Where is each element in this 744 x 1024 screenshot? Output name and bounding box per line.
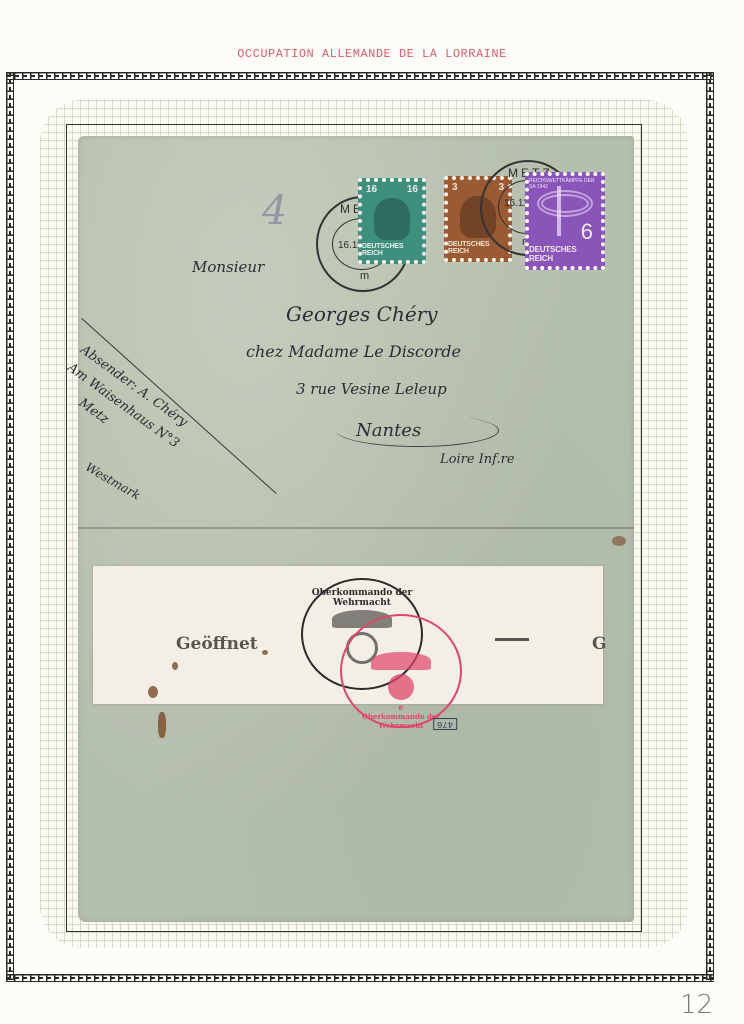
street: 3 rue Vesine Leleup <box>296 380 447 398</box>
border-right <box>706 72 714 980</box>
postmark-suffix: m <box>360 270 369 282</box>
recipient-name: Georges Chéry <box>286 302 438 326</box>
stamp-16pf: 1616 DEUTSCHES REICH <box>358 178 426 264</box>
album-page-title: OCCUPATION ALLEMANDE DE LA LORRAINE <box>0 47 744 61</box>
department: Loire Inf.re <box>440 452 515 467</box>
border-left <box>6 72 14 980</box>
stamp-6pf-sa: REICHSWETTKÄMPFE DER SA 1942 6 DEUTSCHES… <box>525 172 605 270</box>
stain <box>158 712 166 738</box>
emblem-icon <box>388 674 414 700</box>
censor-tape-label: Geöffnet <box>176 634 258 654</box>
border-bottom <box>6 974 714 982</box>
care-of: chez Madame Le Discorde <box>246 342 461 361</box>
sa-badge-icon <box>537 190 593 217</box>
city-underline <box>336 414 499 447</box>
censor-number: 476 <box>433 718 457 730</box>
censor-tape-label-partial: G <box>592 634 607 654</box>
flap-fold <box>78 527 634 529</box>
stain <box>612 536 626 546</box>
censor-tape-dash <box>495 638 529 641</box>
stain <box>262 650 268 655</box>
eagle-icon <box>371 652 431 670</box>
stain <box>148 686 158 698</box>
stain <box>172 662 178 670</box>
page-number: 12 <box>680 990 713 1020</box>
portrait-icon <box>374 198 410 240</box>
border-top <box>6 72 714 80</box>
salutation: Monsieur <box>192 258 264 276</box>
censor-seal-red: e Oberkommando der Wehrmacht <box>340 614 462 728</box>
pencil-annotation: 4 <box>262 188 287 234</box>
